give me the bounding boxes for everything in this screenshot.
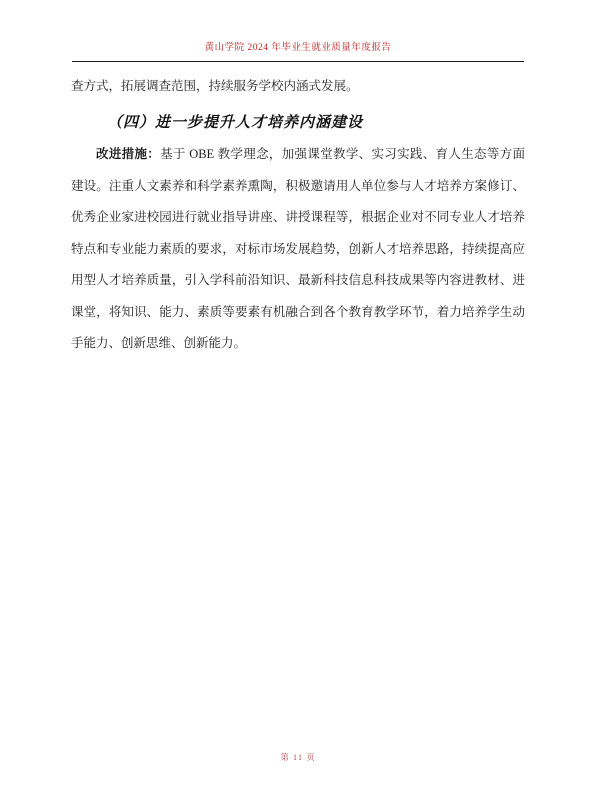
section-heading: （四）进一步提升人才培养内涵建设 bbox=[71, 108, 525, 140]
header-divider-line bbox=[72, 61, 524, 62]
page-header-title: 黄山学院 2024 年毕业生就业质量年度报告 bbox=[72, 42, 524, 54]
page-number-footer: 第 11 页 bbox=[0, 751, 596, 763]
document-page: 黄山学院 2024 年毕业生就业质量年度报告 查方式，拓展调查范围，持续服务学校… bbox=[0, 0, 596, 808]
carryover-paragraph-line: 查方式，拓展调查范围，持续服务学校内涵式发展。 bbox=[71, 71, 525, 103]
document-body: 查方式，拓展调查范围，持续服务学校内涵式发展。 （四）进一步提升人才培养内涵建设… bbox=[71, 71, 525, 360]
improvement-measures-paragraph: 改进措施：基于 OBE 教学理念，加强课堂教学、实习实践、育人生态等方面建设。注… bbox=[71, 139, 525, 360]
paragraph-body-text: 基于 OBE 教学理念，加强课堂教学、实习实践、育人生态等方面建设。注重人文素养… bbox=[71, 147, 525, 350]
paragraph-lead-label: 改进措施： bbox=[96, 147, 160, 161]
